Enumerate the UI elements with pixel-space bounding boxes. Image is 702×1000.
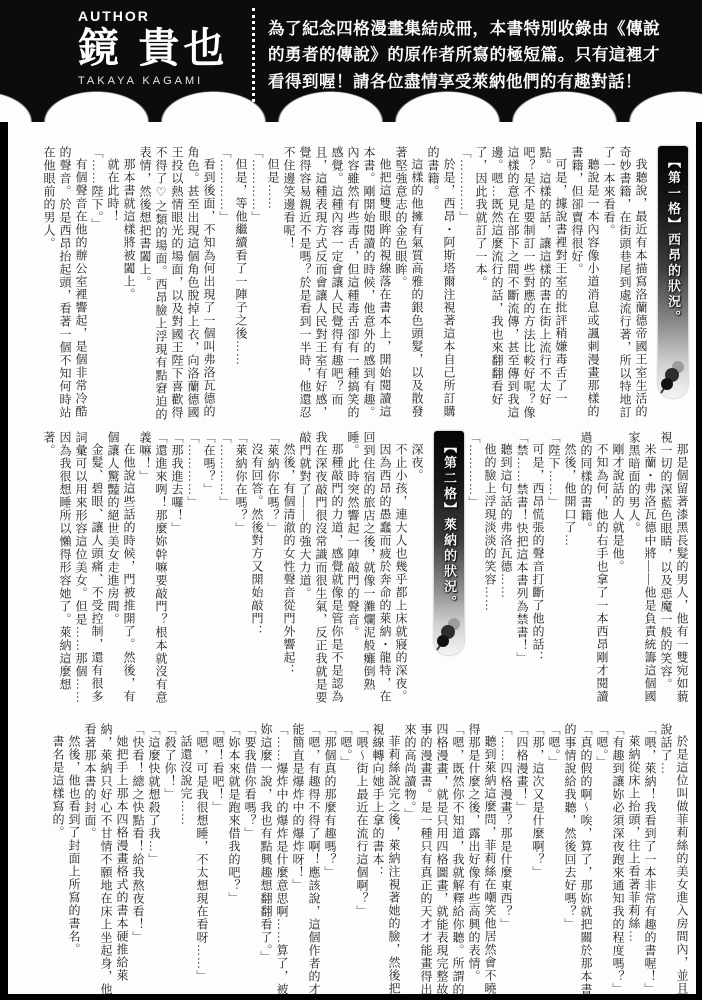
narrative-paragraph: 不止小孩，連大人也幾乎都上床就寢的深夜。 — [393, 431, 409, 715]
narrative-paragraph: 米蘭・弗洛瓦德中將——他是負責統籌這個國家黑暗面的男人。 — [626, 431, 658, 715]
dango-icon — [436, 617, 462, 651]
dialogue-line: 「禁……禁書！快把這本書列為禁書！」 — [514, 431, 530, 715]
dialogue-line: 「在嗎？」 — [201, 431, 217, 715]
narrative-paragraph: 他的臉上浮現淡淡的笑容…… — [482, 431, 498, 715]
dialogue-line: 「那個真的那麼有趣嗎？」 — [322, 723, 338, 1000]
narrative-paragraph: 就在此時！ — [105, 146, 121, 424]
dialogue-line: 「四格漫畫！」 — [514, 723, 530, 1000]
author-romaji: TAKAYA KAGAMI — [78, 75, 243, 87]
dialogue-line: 「…………」 — [185, 431, 201, 715]
dialogue-line: 「嗯，可是我很想睡，不太想現在看呀……」 — [194, 723, 210, 1000]
dialogue-line: 「萊納你在嗎？」 — [233, 431, 249, 715]
dotted-divider — [252, 8, 255, 102]
dialogue-line: 「嗯。」 — [546, 723, 562, 1000]
narrative-paragraph: 然後，他也看到了封面上所寫的書名。 — [66, 723, 82, 1000]
narrative-paragraph: 因為西昂的愚蠢而疲於奔命的萊納・龍特，在回到住宿的旅店之後，就像一灘爛泥般癱倒熟… — [345, 431, 393, 715]
section-banner: 【第一格】西昂的狀況。 — [658, 146, 688, 398]
dialogue-line: 「那我進去囉！」 — [169, 431, 185, 715]
dialogue-line: 「妳本來就是跑來借我的吧？」 — [226, 723, 242, 1000]
narrative-paragraph: 他把這雙眼眸的視線落在書本上，開始閱讀這本書。剛開始閱讀的時候，他意外的感到有趣… — [281, 146, 393, 424]
dialogue-line: 「喂～街上最近在流行這個啊？」 — [354, 723, 370, 1000]
dialogue-line: 「快看！總之快點看！給我熬夜看！」 — [130, 723, 146, 1000]
narrative-paragraph: 聽到這句話的弗洛瓦德…… — [498, 431, 514, 715]
narrative-paragraph: 然後，有個清澈的女性聲音從門外響起： — [281, 431, 297, 715]
narrative-paragraph: 話還沒說完…… — [178, 723, 194, 1000]
narrative-paragraph: 可是，據說書裡對王室的批評稍嫌毒舌了一點。這樣的話，讓這樣的書在街上流行不太好吧… — [473, 146, 569, 424]
story-body: 【第一格】西昂的狀況。我聽說，最近有本描寫洛蘭德帝國王室生活的奇妙書籍，在街頭巷… — [8, 146, 696, 1000]
dialogue-line: 「還進來咧！那麼妳幹嘛要敲門？根本就沒有意義嘛！」 — [137, 431, 169, 715]
narrative-paragraph: 不知為何，他的右手也拿了一本西昂剛才閱讀過的同樣的書籍。 — [578, 431, 610, 715]
dango-icon — [660, 360, 686, 394]
section-title: 【第一格】西昂的狀況。 — [665, 155, 681, 326]
narrative-paragraph: 深夜。 — [409, 431, 425, 715]
story-band-2: 那是個留著漆黑長髮的男人，他有一雙宛如藐視一切的深藍色眼睛，以及惡魔一般的笑容。… — [28, 431, 690, 715]
narrative-paragraph: 然後，他開口了… — [562, 431, 578, 715]
narrative-paragraph: 菲莉絲說完之後，萊納注視著她的臉，然後把視線轉向她手上拿的書本： — [370, 723, 402, 1000]
narrative-paragraph: 那種敲門的力道，感覺就像是管你是不是認為我在深夜敲門很沒常識而很生氣，反正我就是… — [297, 431, 345, 715]
author-label: AUTHOR — [78, 8, 243, 24]
narrative-paragraph: 書名是這樣寫的。 — [50, 723, 66, 1000]
author-block: AUTHOR 鏡 貴也 TAKAYA KAGAMI — [78, 8, 243, 87]
dialogue-line: 「這麼快就想殺了我…」 — [146, 723, 162, 1000]
narrative-paragraph: 這樣的他擁有氣質高雅的銀色頭髮，以及散發著堅強意志的金色眼眸。 — [393, 146, 425, 424]
dialogue-line: 「嗯。」 — [338, 723, 354, 1000]
narrative-paragraph: 我聽說，最近有本描寫洛蘭德帝國王室生活的奇妙書籍，在街頭巷尾到處流行著，所以特地… — [601, 146, 649, 424]
narrative-paragraph: 於是，西昂・阿斯塔爾注視著這本自己所訂購的書籍。 — [425, 146, 457, 424]
narrative-paragraph: 她把手上那本四格漫畫格式的書本硬推給萊納，萊納只好心不甘情不願地在床上坐起身，他… — [82, 723, 130, 1000]
intro-text: 為了紀念四格漫畫集結成冊，本書特別收錄由《傳說的勇者的傳說》的原作者所寫的極短篇… — [268, 16, 660, 95]
narrative-paragraph: 但是，等他繼續看了一陣子之後…… — [233, 146, 249, 424]
narrative-paragraph: 剛才說話的人就是他。 — [610, 431, 626, 715]
dialogue-line: 「嗯，既然你不知道，我就解釋給你聽。所謂的四格漫畫，就是只用四格圖畫，就能表現完… — [402, 723, 466, 1000]
dialogue-line: 「喂，萊納！我看到了一本非常有趣的書喔！」 — [642, 723, 658, 1000]
dialogue-line: 「陛下……」 — [546, 431, 562, 715]
dialogue-line: 「萊納你在嗎？」 — [265, 431, 281, 715]
author-name: 鏡 貴也 — [78, 26, 243, 71]
dialogue-line: 「嗯！看吧！」 — [210, 723, 226, 1000]
dialogue-line: 「…………」 — [466, 431, 482, 715]
dialogue-line: 「殺了你！」 — [162, 723, 178, 1000]
story-band-1: 【第一格】西昂的狀況。我聽說，最近有本描寫洛蘭德帝國王室生活的奇妙書籍，在街頭巷… — [28, 146, 690, 424]
dialogue-line: 「……四格漫畫？那是什麼東西？」 — [498, 723, 514, 1000]
book-page: AUTHOR 鏡 貴也 TAKAYA KAGAMI 為了紀念四格漫畫集結成冊，本… — [0, 0, 702, 1000]
dialogue-line: 「嗯，有趣得不得了啊！應該說，這個作者的才能簡直是爆炸中的爆炸呀！」 — [290, 723, 322, 1000]
narrative-paragraph: 那是個留著漆黑長髮的男人，他有一雙宛如藐視一切的深藍色眼睛，以及惡魔一般的笑容。 — [658, 431, 690, 715]
narrative-paragraph: 聽到萊納這麼問，菲莉絲在嘲笑他居然會不曉得那是什麼之後，露出好像有些高興的表情。 — [466, 723, 498, 1000]
narrative-paragraph: 金髮、碧眼、讓人頭痛、不受控制，還有很多詞彙可以用來形容這位美女。但是……那個…… — [41, 431, 105, 715]
narrative-paragraph: 萊納從床上抬頭，往上看著菲莉絲… — [626, 723, 642, 1000]
dialogue-line: 「…………」 — [217, 146, 233, 424]
dialogue-line: 「…………」 — [217, 431, 233, 715]
dialogue-line: 「真的假的啊～唉，算了，那妳就把關於那本書的事情說給我聽，然後回去好嗎？」 — [562, 723, 594, 1000]
narrative-paragraph: 可是，西昂慌張的聲音打斷了他的話： — [530, 431, 546, 715]
section-title: 【第二格】萊納的狀況。 — [441, 440, 457, 611]
dialogue-line: 「有趣到讓妳必須深夜跑來通知我的程度嗎？」 — [610, 723, 626, 1000]
story-band-3: 於是這位叫做菲莉絲的美女進入房間內，並且說話了…「喂，萊納！我看到了一本非常有趣… — [28, 723, 690, 1000]
dialogue-line: 「……陛下。」 — [89, 146, 105, 424]
narrative-paragraph: 但是…… — [265, 146, 281, 424]
narrative-paragraph: 在他說這些話的時候，門被推開了。然後，有個讓人驚豔的絕世美女走進房間。 — [105, 431, 137, 715]
dialogue-line: 「嗯。」 — [594, 723, 610, 1000]
section-banner: 【第二格】萊納的狀況。 — [434, 431, 464, 655]
dialogue-line: 「…………」 — [249, 146, 265, 424]
dialogue-line: 「……爆炸中的爆炸是什麼意思啊……算了，被妳這麼一說，我也有點興趣想翻翻看了。」 — [258, 723, 290, 1000]
narrative-paragraph: 沒有回答。然後對方又開始敲門： — [249, 431, 265, 715]
dialogue-line: 「…………」 — [457, 146, 473, 424]
narrative-paragraph: 有個聲音在他的辦公室裡響起，是個非常冷酷的聲音。於是西昂抬起頭，看著一個不知何時… — [41, 146, 89, 424]
narrative-paragraph: 看到後面，不知為何出現了一個叫弗洛瓦德的角色。甚至出現這個角色脫掉上衣，向洛蘭德… — [137, 146, 217, 424]
author-header: AUTHOR 鏡 貴也 TAKAYA KAGAMI 為了紀念四格漫畫集結成冊，本… — [0, 0, 702, 122]
narrative-paragraph: 聽說是一本內容像小道消息或諷刺漫畫那樣的書籍，但卻賣得很好。 — [569, 146, 601, 424]
dialogue-line: 「要我借你看嗎？」 — [242, 723, 258, 1000]
narrative-paragraph: 於是這位叫做菲莉絲的美女進入房間內，並且說話了… — [658, 723, 690, 1000]
narrative-paragraph: 那本書就這樣將被闔上。 — [121, 146, 137, 424]
dialogue-line: 「那，這次又是什麼啊？」 — [530, 723, 546, 1000]
